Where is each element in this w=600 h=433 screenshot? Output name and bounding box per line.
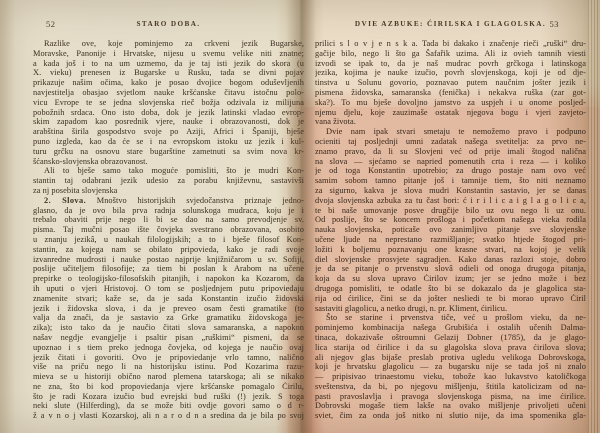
text-line: turu grčku na osnovu stare bugarštine za… [33, 147, 304, 157]
text-line: jezik i židovska slova, i da je preveo o… [33, 304, 304, 314]
running-header-left: STARO DOBA. [33, 20, 304, 28]
text-line: sviet, čim za onda još nitko ni slutio n… [315, 411, 586, 421]
text-line: znamenite stvari; kaže se, da je sada Ko… [33, 294, 304, 304]
running-header-right: DVIE AZBUKE: ĆIRILSKA I GLAGOLSKA. [315, 20, 586, 28]
text-line: izvanredne mudrosti i nauke postao najpr… [33, 255, 304, 265]
text-line: ska?). To mu bješe dovoljno jamstvo za u… [315, 98, 586, 108]
text-line: 2. Slova. Mnoštvo historijskih svjedočan… [33, 196, 304, 206]
text-line: pasti pravoslavlja i pravoga slovjenskog… [315, 392, 586, 402]
text-line: samim sobom tamno pitanje još i tamnije … [315, 176, 586, 186]
text-line: ž a v n o j vlasti Kozarskoj, ali n a r … [33, 411, 304, 421]
text-line: Dobrovski mogaše tiem lakše na ovako miš… [315, 401, 586, 411]
text-line: prilici s l o v j e n s k a. Tada bi dak… [315, 39, 586, 49]
text-line: za sigurno, kakva je slova mudri Konstan… [315, 186, 586, 196]
text-line: poslije učiteljem filosofije; za tiem bi… [33, 264, 304, 274]
text-line: ali njegov glas bijaše preslab protiva u… [315, 353, 586, 363]
text-line: neki slute (Hilferding), da se može biti… [33, 401, 304, 411]
text-line: X. vieku) prenesen iz Bugarske u Rusku, … [33, 68, 304, 78]
text-line: upoznao i s tiem preko jednoga čovjeka, … [33, 343, 304, 353]
text-line: tinstva u Solunu govorio, poznavao putem… [315, 78, 586, 88]
text-line: pominjemo kombinacija našega Grubišića i… [315, 323, 586, 333]
text-line: je da se pitanje o prvenstvu slovâ odiel… [315, 264, 586, 274]
text-column-left: Razlike ove, koje pominjemo za crkveni j… [33, 39, 304, 421]
page-left: 52 STARO DOBA. Razlike ove, koje pominje… [0, 0, 300, 433]
text-line: te bi naše umovanje posve drugčije bilo … [315, 206, 586, 216]
text-line: koji je hrvatsku glagolicu — za bugarsku… [315, 362, 586, 372]
text-line: ih uputi o vjeri Hristovoj. O tom se pos… [33, 284, 304, 294]
text-line: je od toga Konstantin upotrebio; za drug… [315, 166, 586, 176]
text-column-right: prilici s l o v j e n s k a. Tada bi dak… [315, 39, 586, 421]
text-line: mieva se u historiji obično narod plemen… [33, 372, 304, 382]
text-line: izvodi se ipak to, da je naš mudrac povr… [315, 59, 586, 69]
text-line: više na priču nego li na historijsku ist… [33, 362, 304, 372]
text-line: gačije bilo, nego li što ga Šafařik uzim… [315, 49, 586, 59]
text-line: valja da znači, da je sastavio za Grke g… [33, 313, 304, 323]
text-line: njemu djelu, koje zauzimaše ostatak njeg… [315, 108, 586, 118]
text-line: diel slovjenske prosvjete sagradjen. Kak… [315, 255, 586, 265]
text-line: lica starija od ćirilice i da su glagols… [315, 343, 586, 353]
text-line: prikazuje našim očima, kako je posao dvo… [33, 78, 304, 88]
text-line: šćansko-slovjenska obrazovanost. [33, 157, 304, 167]
text-line: ložiti k boljemu poznavanju one krasne s… [315, 245, 586, 255]
text-line: Od poslije, što se koncem prošloga i poč… [315, 215, 586, 225]
text-line: sveštenstva, da bi, po njegovu mišljenju… [315, 382, 586, 392]
text-line: drugoga pomisliti, te odatle što bi se d… [315, 284, 586, 294]
text-line: za nj posebita slovjenska [33, 186, 304, 196]
text-line: Moravske, Panonije i Hrvatske, nijesu u … [33, 49, 304, 59]
text-line: arabština širila gospodstvo svoje po Azi… [33, 127, 304, 137]
text-line: koja da su slova upravo Ćirilov izum; je… [315, 274, 586, 284]
text-line: u znanju jezikâ, u naukah filologijskih;… [33, 235, 304, 245]
text-line: što je radi Kozara izučio bud evrejski b… [33, 392, 304, 402]
text-line: Što se starine i prvenstva tiče, već u p… [315, 313, 586, 323]
page-right: 53 DVIE AZBUKE: ĆIRILSKA I GLAGOLSKA. pr… [300, 0, 600, 433]
text-line: glasno, da je ovo bila prva radnja solun… [33, 206, 304, 216]
text-line: tinaca, dokazivaše oštroumni Gelazij Dob… [315, 333, 586, 343]
text-line: trebalo obaviti prije nego li bi se dao … [33, 215, 304, 225]
text-line: učene ljude na neprestano razmišljanje; … [315, 235, 586, 245]
text-line: na slova — sjećamo se napried pomenutih … [315, 157, 586, 167]
text-line: ne zna, što bi kod propoviedanja vjere k… [33, 382, 304, 392]
text-line: — pripisivao trinaestomu vieku, tobože k… [315, 372, 586, 382]
text-line: ocieniti taj posljednji umni zadatak naš… [315, 137, 586, 147]
text-line: prepirke o teologijsko-filosofskih pitan… [33, 274, 304, 284]
text-line: stantin, za kojega nam se obilato pripov… [33, 245, 304, 255]
text-line: navjestitelja obasjao svjetlom nauke krš… [33, 88, 304, 98]
book-spread: 52 STARO DOBA. Razlike ove, koje pominje… [0, 0, 600, 433]
text-line: vana života. [315, 117, 586, 127]
text-line: pobožnih srdaca. Ono isto doba, dok je j… [33, 108, 304, 118]
text-line: znamo pravo, da li su Slovjeni već od pr… [315, 147, 586, 157]
text-line: Ali to bješe samo tako moguće pomisliti,… [33, 166, 304, 176]
text-line: Dvie nam ipak stvari smetaju te nemožemo… [315, 127, 586, 137]
text-line: jezik čitati i govoriti. Ovo je pripovie… [33, 353, 304, 363]
text-line: rija od ćirilice, čini se da jošter nesl… [315, 294, 586, 304]
text-line: a kada još i to na um uzmemo, da je taj … [33, 59, 304, 69]
text-line: jezika, kojima je nauke izučio, povrh sl… [315, 68, 586, 78]
text-line: zika); isto tako da je naučio čitati slo… [33, 323, 304, 333]
text-line: dvoja slovjenska azbuka za tu čast bori:… [315, 196, 586, 206]
text-line: vicu Evrope te se jedna slovjenska rieč … [33, 98, 304, 108]
text-line: pismena židovska, samaranska (fenička) i… [315, 88, 586, 98]
text-line: puno izgleda, kao da će se i na evropsko… [33, 137, 304, 147]
text-line: našav negdje evangjelje i psaltir pisan … [33, 333, 304, 343]
text-line: stantin taj odabrani jezik udesio za por… [33, 176, 304, 186]
text-line: pisma. Taj mučni posao ište čovjeka sves… [33, 225, 304, 235]
text-line: sastaviti glagolicu, a netko drugi, n. p… [315, 304, 586, 314]
text-line: skim zapadom kao posrednik vjere, nauke … [33, 117, 304, 127]
text-line: nauka slovjenska, poticaše ovo zanimljiv… [315, 225, 586, 235]
text-line: Razlike ove, koje pominjemo za crkveni j… [33, 39, 304, 49]
